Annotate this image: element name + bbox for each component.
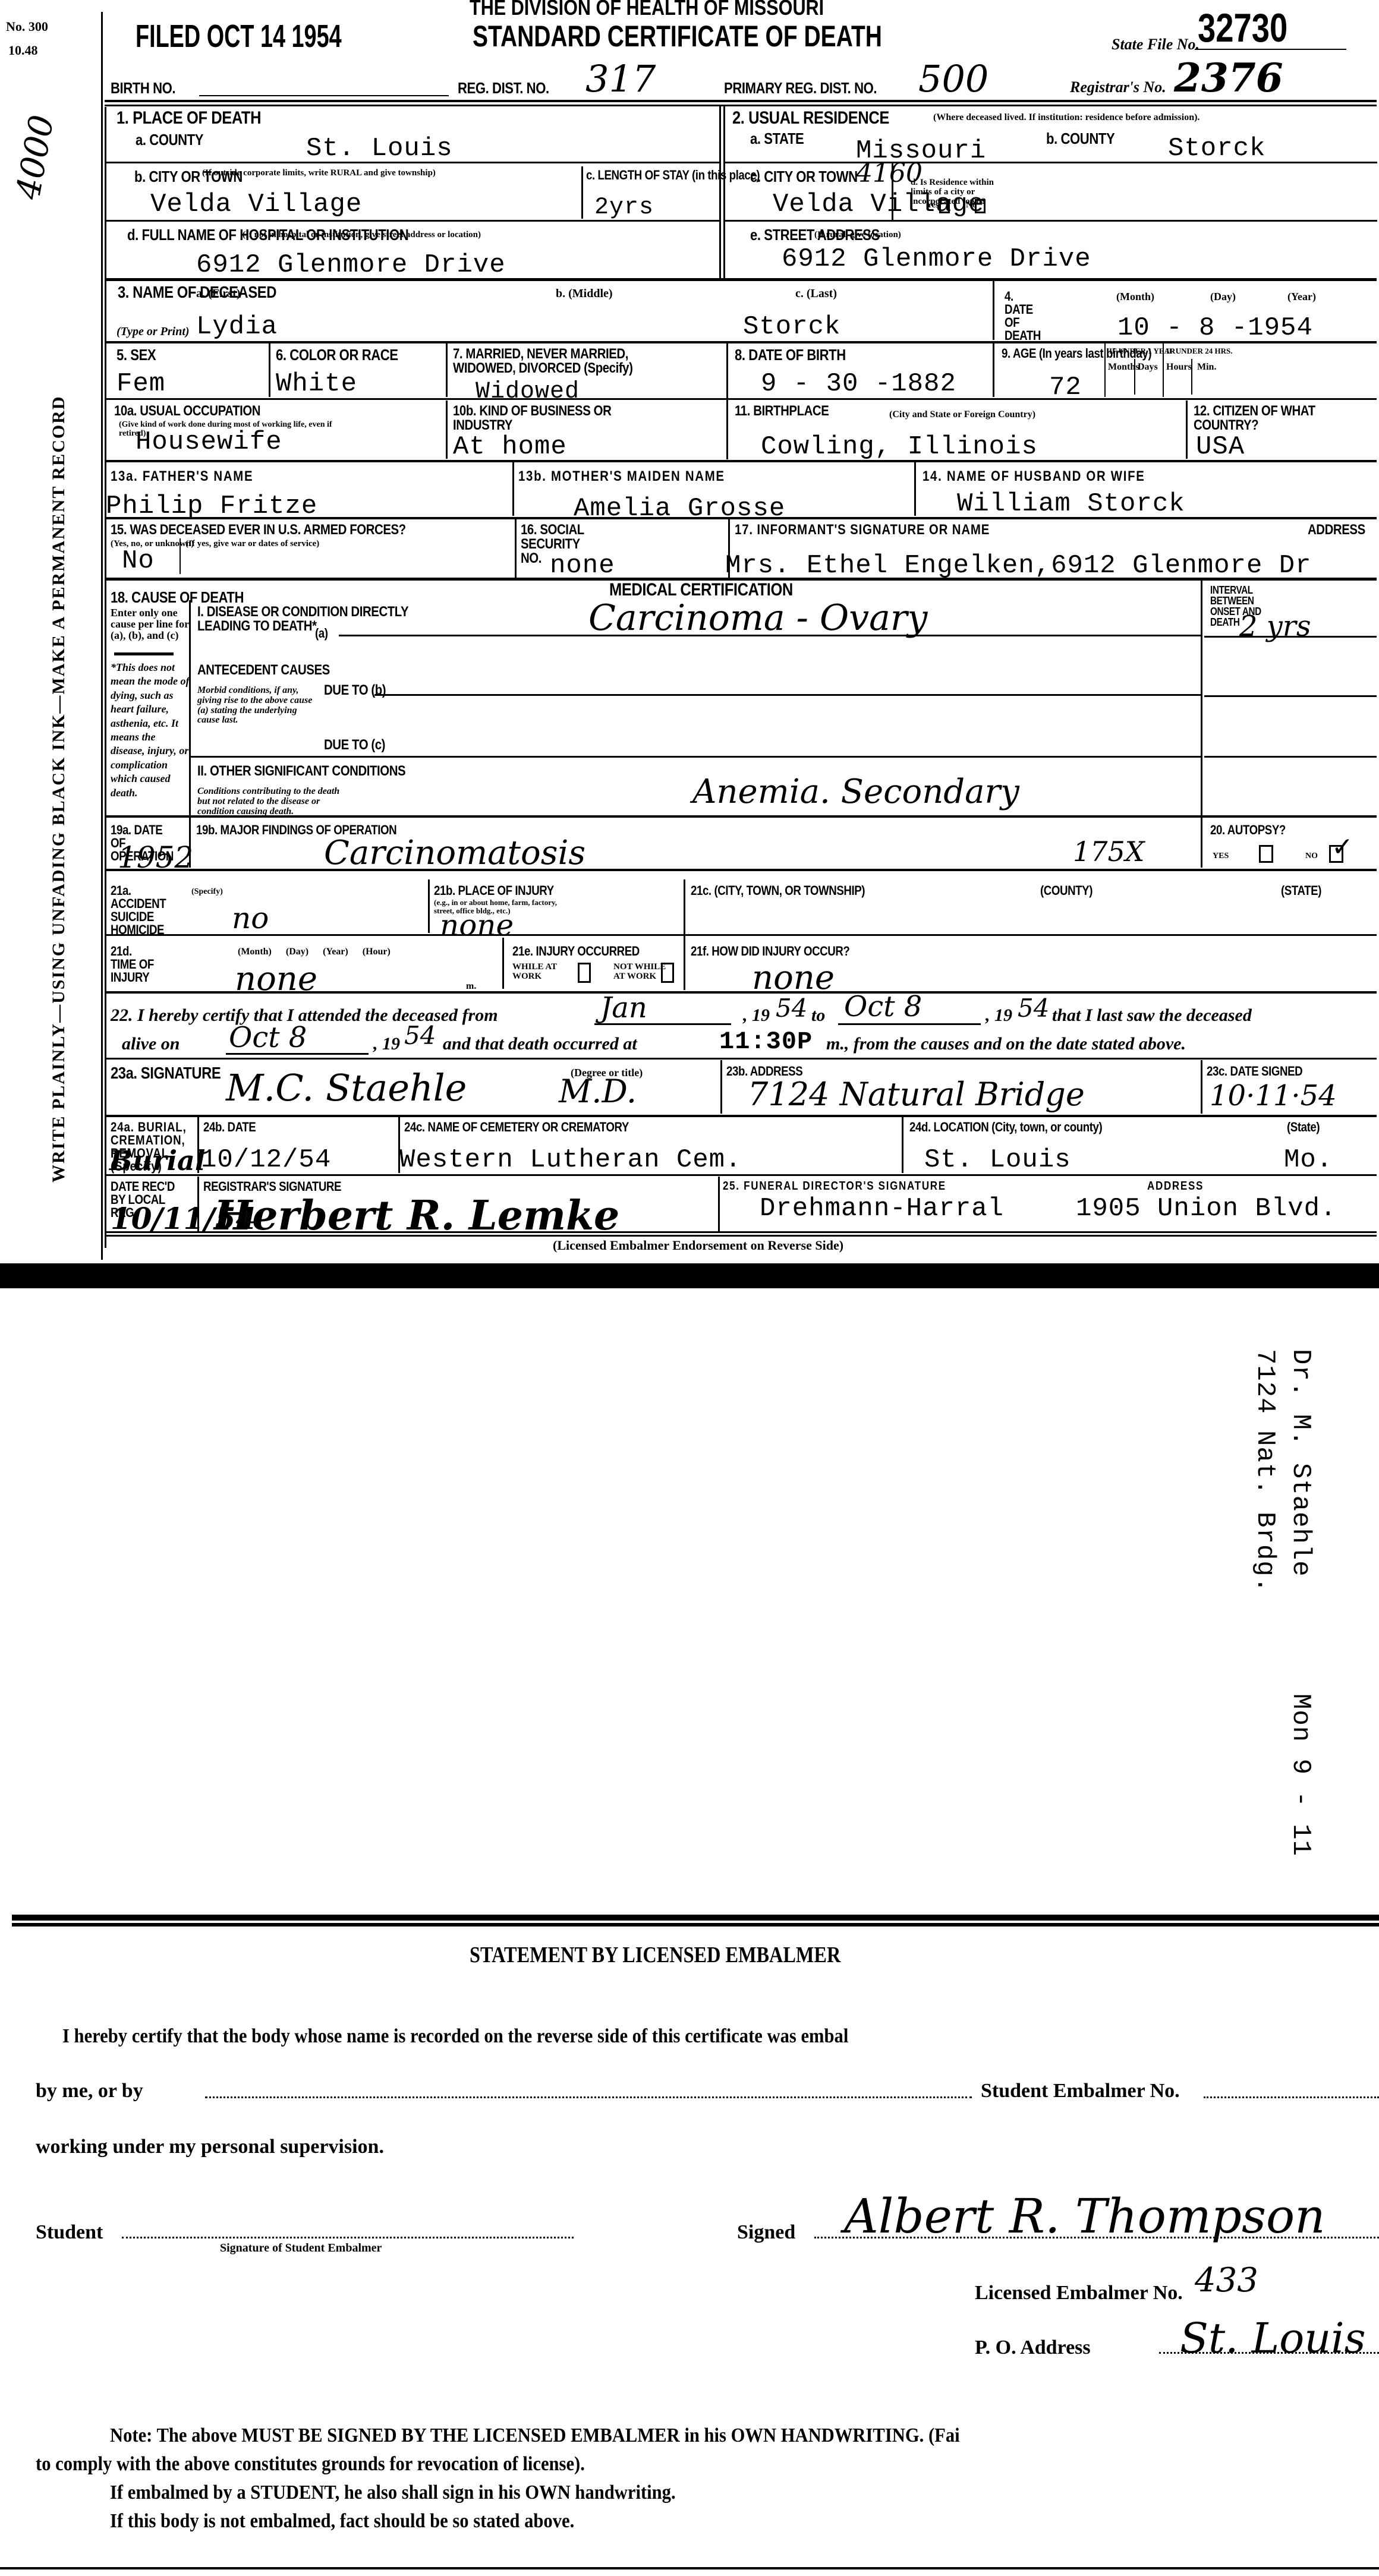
- marital-value: Widowed: [476, 380, 580, 404]
- burial-state-value: Mo.: [1284, 1147, 1333, 1173]
- pod-city-value: Velda Village: [150, 191, 362, 217]
- occupation-label: 10a. USUAL OCCUPATION: [114, 404, 260, 418]
- antecedent-note: Morbid conditions, if any, giving rise t…: [197, 686, 316, 726]
- embalmer-note-1: Note: The above MUST BE SIGNED BY THE LI…: [110, 2424, 960, 2447]
- signature-label: 23a. SIGNATURE: [111, 1065, 221, 1082]
- res-county-label: b. COUNTY: [1046, 131, 1114, 146]
- res-no-checkbox[interactable]: [975, 199, 986, 213]
- ssn-value: none: [550, 553, 615, 579]
- by-me-label: by me, or by: [36, 2080, 143, 2102]
- dod-month-label: (Month): [1116, 291, 1154, 302]
- res-yes-label: Yes: [926, 201, 939, 210]
- first-name-label: a. (First): [196, 288, 240, 300]
- mother-label: 13b. MOTHER'S MAIDEN NAME: [518, 469, 725, 484]
- po-address-label: P. O. Address: [975, 2337, 1091, 2359]
- injury-state-label: (STATE): [1281, 884, 1321, 897]
- usual-residence-heading: 2. USUAL RESIDENCE: [732, 109, 889, 127]
- embalmer-signature: Albert R. Thompson: [844, 2193, 1326, 2240]
- physician-degree: M.D.: [559, 1076, 637, 1108]
- due-to-c-label: DUE TO (c): [324, 738, 385, 752]
- accident-value: no: [232, 903, 269, 933]
- father-value: Philip Fritze: [106, 493, 317, 519]
- time-of-injury-columns: (Month) (Day) (Year) (Hour): [238, 947, 391, 957]
- cause-note: *This does not mean the mode of dying, s…: [111, 661, 191, 800]
- certify-text-3: and that death occurred at: [443, 1034, 637, 1054]
- marital-label: 7. MARRIED, NEVER MARRIED, WIDOWED, DIVO…: [453, 347, 665, 376]
- student-name-field[interactable]: [205, 2096, 972, 2098]
- funeral-director-label: 25. FUNERAL DIRECTOR'S SIGNATURE: [723, 1180, 946, 1192]
- embalmer-statement-title: STATEMENT BY LICENSED EMBALMER: [470, 1942, 840, 1968]
- time-of-injury-m: m.: [466, 982, 476, 992]
- usual-residence-note: (Where deceased lived. If institution: r…: [933, 113, 1199, 123]
- license-no-label: Licensed Embalmer No.: [975, 2282, 1183, 2304]
- res-state-label: a. STATE: [750, 131, 804, 146]
- occupation-value: Housewife: [136, 429, 282, 455]
- injury-county-label: (COUNTY): [1040, 884, 1093, 897]
- reg-dist-number: 317: [585, 61, 656, 97]
- embalmer-paragraph: I hereby certify that the body whose nam…: [62, 2025, 848, 2048]
- dod-year-label: (Year): [1287, 291, 1316, 302]
- antecedent-label: ANTECEDENT CAUSES: [197, 663, 330, 677]
- embalmer-note-4: If this body is not embalmed, fact shoul…: [110, 2510, 574, 2533]
- dob-value: 9 - 30 -1882: [761, 371, 956, 397]
- primary-reg-dist-label: PRIMARY REG. DIST. NO.: [724, 80, 877, 96]
- burial-location-value: St. Louis: [924, 1147, 1071, 1173]
- cause-instructions: Enter only one cause per line for (a), (…: [111, 607, 191, 641]
- birthplace-label: 11. BIRTHPLACE: [735, 404, 829, 418]
- registrar-number: 2376: [1174, 58, 1283, 97]
- embalmer-endorsement-note: (Licensed Embalmer Endorsement on Revers…: [553, 1238, 843, 1252]
- time-of-injury-label: 21d. TIME OF INJURY: [111, 945, 156, 984]
- accident-label: 21a. ACCIDENT SUICIDE HOMICIDE: [111, 884, 181, 937]
- physician-address: 7124 Natural Bridge: [748, 1079, 1085, 1111]
- burial-date-value: 10/12/54: [201, 1147, 331, 1173]
- autopsy-yes-checkbox[interactable]: [1259, 845, 1273, 863]
- side-note-line-2: 7124 Nat. Brdg.: [1252, 1349, 1278, 1593]
- funeral-director-value: Drehmann-Harral: [760, 1196, 1004, 1222]
- funeral-address-value: 1905 Union Blvd.: [1076, 1196, 1336, 1222]
- burial-date-label: 24b. DATE: [203, 1121, 256, 1134]
- place-of-death-heading: 1. PLACE OF DEATH: [117, 109, 261, 127]
- while-at-work-checkbox[interactable]: [578, 963, 591, 983]
- armed-forces-label: 15. WAS DECEASED EVER IN U.S. ARMED FORC…: [111, 523, 406, 537]
- pod-county-value: St. Louis: [306, 135, 453, 162]
- spouse-value: William Storck: [957, 491, 1185, 517]
- certify-text-2: that I last saw the deceased: [1052, 1005, 1252, 1026]
- res-city-label: c. CITY OR TOWN: [750, 169, 858, 184]
- autopsy-no-label: NO: [1305, 852, 1318, 861]
- hours-label: Hours: [1166, 362, 1192, 373]
- res-street-note: (If rural, give location): [814, 231, 901, 240]
- embalmer-note-3: If embalmed by a STUDENT, he also shall …: [110, 2482, 676, 2504]
- how-injury-label: 21f. HOW DID INJURY OCCUR?: [691, 945, 849, 958]
- student-label: Student: [36, 2221, 103, 2244]
- sex-value: Fem: [117, 371, 165, 397]
- margin-handwritten-number: 4000: [12, 113, 59, 202]
- cause-line-a: Carcinoma - Ovary: [588, 600, 927, 636]
- pod-hospital-note: (If not in hospital or institution, give…: [243, 231, 481, 240]
- pod-city-note: (If outside corporate limits, write RURA…: [202, 169, 436, 178]
- not-while-at-work-checkbox[interactable]: [661, 963, 674, 983]
- cemetery-label: 24c. NAME OF CEMETERY OR CREMATORY: [404, 1121, 629, 1134]
- other-conditions-note: Conditions contributing to the death but…: [197, 787, 352, 816]
- registrar-signature-label: REGISTRAR'S SIGNATURE: [203, 1180, 341, 1193]
- cause-of-death-label: 18. CAUSE OF DEATH: [111, 589, 244, 605]
- primary-reg-dist-number: 500: [918, 61, 988, 97]
- burial-state-label: (State): [1287, 1121, 1320, 1134]
- disease-label: I. DISEASE OR CONDITION DIRECTLY LEADING…: [197, 605, 415, 633]
- pod-stay-value: 2yrs: [594, 196, 654, 220]
- informant-address-label: ADDRESS: [1308, 523, 1365, 537]
- student-embalmer-no-field[interactable]: [1204, 2096, 1379, 2098]
- side-note-line-3: Mon 9 - 11: [1287, 1694, 1314, 1856]
- medical-certification-heading: MEDICAL CERTIFICATION: [609, 581, 793, 599]
- informant-value: Mrs. Ethel Engelken,6912 Glenmore Dr: [725, 553, 1312, 579]
- birth-no-label: BIRTH NO.: [111, 80, 175, 96]
- agency-name: THE DIVISION OF HEALTH OF MISSOURI: [470, 0, 824, 20]
- place-of-injury-label: 21b. PLACE OF INJURY: [434, 884, 554, 897]
- operation-date-value: 1952: [118, 843, 193, 872]
- under-1-year-label: IF UNDER 1 YEAR: [1109, 347, 1175, 355]
- citizen-label: 12. CITIZEN OF WHAT COUNTRY?: [1194, 404, 1345, 433]
- student-signature-caption: Signature of Student Embalmer: [220, 2241, 382, 2255]
- funeral-address-label: ADDRESS: [1147, 1180, 1204, 1192]
- res-yes-checkbox[interactable]: [939, 199, 950, 213]
- race-value: White: [276, 371, 357, 397]
- res-street-value: 6912 Glenmore Drive: [782, 246, 1091, 272]
- name-note: (Type or Print): [117, 326, 190, 338]
- while-at-work-label: WHILE AT WORK: [512, 963, 569, 982]
- attended-from: Jan: [600, 994, 647, 1022]
- burial-value: Burial: [109, 1147, 205, 1174]
- date-signed-value: 10·11·54: [1210, 1082, 1337, 1110]
- under-24-hrs-label: IF UNDER 24 HRS.: [1166, 347, 1232, 355]
- alive-on-label: alive on: [122, 1034, 180, 1054]
- injury-occurred-label: 21e. INJURY OCCURRED: [512, 945, 640, 958]
- injury-location-label: 21c. (CITY, TOWN, OR TOWNSHIP): [691, 884, 865, 897]
- birth-no-field: [199, 95, 449, 96]
- res-county-value: Storck: [1168, 135, 1265, 162]
- page-title: STANDARD CERTIFICATE OF DEATH: [473, 19, 882, 53]
- student-signature-field[interactable]: [122, 2237, 574, 2238]
- business-label: 10b. KIND OF BUSINESS OR INDUSTRY: [453, 404, 670, 433]
- date-signed-label: 23c. DATE SIGNED: [1207, 1065, 1302, 1078]
- pod-county-label: a. COUNTY: [136, 132, 203, 147]
- alive-on-year: 54: [404, 1023, 436, 1048]
- filed-stamp: FILED OCT 14 1954: [136, 18, 342, 55]
- min-label: Min.: [1197, 362, 1216, 373]
- attended-from-year: 54: [776, 996, 807, 1021]
- citizen-value: USA: [1196, 434, 1245, 460]
- accident-specify-label: (Specify): [191, 888, 223, 897]
- armed-forces-note-2: (If yes, give war or dates of service): [185, 540, 319, 549]
- informant-label: 17. INFORMANT'S SIGNATURE OR NAME: [735, 523, 990, 537]
- certify-to-label: to: [811, 1005, 825, 1026]
- embalmer-note-2: to comply with the above constitutes gro…: [36, 2453, 585, 2476]
- state-file-label: State File No.: [1112, 36, 1199, 53]
- certify-text-4: m., from the causes and on the date stat…: [826, 1034, 1186, 1054]
- supervision-text: working under my personal supervision.: [36, 2136, 384, 2158]
- father-label: 13a. FATHER'S NAME: [111, 469, 253, 484]
- dob-label: 8. DATE OF BIRTH: [735, 347, 846, 362]
- registrar-no-label: Registrar's No.: [1070, 78, 1166, 96]
- last-name-label: c. (Last): [795, 288, 837, 300]
- pod-stay-label: c. LENGTH OF STAY (in this place): [586, 169, 760, 182]
- pod-hospital-value: 6912 Glenmore Drive: [196, 252, 506, 278]
- side-note-line-1: Dr. M. Staehle: [1287, 1349, 1314, 1577]
- birthplace-note: (City and State or Foreign Country): [889, 410, 1035, 420]
- attended-to: Oct 8: [844, 992, 922, 1021]
- student-embalmer-no-label: Student Embalmer No.: [981, 2080, 1180, 2102]
- cemetery-value: Western Lutheran Cem.: [399, 1147, 742, 1173]
- spouse-label: 14. NAME OF HUSBAND OR WIFE: [923, 469, 1145, 484]
- sex-label: 5. SEX: [117, 347, 156, 362]
- death-time: 11:30P: [719, 1029, 813, 1054]
- signed-label: Signed: [737, 2221, 795, 2244]
- line-a-label: (a): [315, 627, 328, 640]
- date-of-death-value: 10 - 8 -1954: [1117, 315, 1313, 341]
- registrar-signature: Herbert R. Lemke: [214, 1196, 619, 1236]
- armed-forces-value: No: [122, 548, 155, 574]
- first-name-value: Lydia: [196, 314, 278, 340]
- how-injury-value: none: [752, 961, 835, 995]
- state-file-number: 32730: [1198, 5, 1287, 51]
- attended-to-year: 54: [1018, 996, 1049, 1021]
- date-of-death-label: 4. DATE OF DEATH: [1005, 290, 1035, 342]
- autopsy-label: 20. AUTOPSY?: [1210, 824, 1286, 837]
- dod-day-label: (Day): [1210, 291, 1236, 302]
- operation-annotation: 175X: [1073, 838, 1145, 865]
- middle-name-label: b. (Middle): [556, 288, 613, 300]
- page-separator-band: [0, 1263, 1379, 1288]
- reg-dist-label: REG. DIST. NO.: [458, 80, 549, 96]
- form-revision: 10.48: [8, 43, 38, 58]
- race-label: 6. COLOR OR RACE: [276, 347, 398, 362]
- autopsy-yes-label: YES: [1213, 852, 1229, 861]
- burial-location-label: 24d. LOCATION (City, town, or county): [909, 1121, 1102, 1134]
- other-conditions-value: Anemia. Secondary: [692, 775, 1019, 809]
- form-left-border: [101, 12, 103, 1260]
- days-label: Days: [1138, 362, 1158, 373]
- form-number: No. 300: [6, 19, 48, 34]
- last-name-value: Storck: [743, 314, 840, 340]
- other-conditions-label: II. OTHER SIGNIFICANT CONDITIONS: [197, 764, 405, 778]
- birthplace-value: Cowling, Illinois: [761, 434, 1038, 460]
- po-address-value: St. Louis: [1180, 2318, 1366, 2359]
- autopsy-no-checkmark-icon: ✓: [1331, 832, 1353, 862]
- operation-findings-value: Carcinomatosis: [324, 837, 585, 870]
- side-instruction: WRITE PLAINLY—USING UNFADING BLACK INK—M…: [49, 396, 69, 1183]
- age-value: 72: [1049, 374, 1082, 401]
- business-value: At home: [453, 434, 567, 460]
- physician-signature: M.C. Staehle: [226, 1070, 467, 1106]
- res-within-limits-label: d. Is Residence within limits of a city …: [911, 178, 1003, 206]
- license-no-value: 433: [1195, 2264, 1258, 2297]
- alive-on-value: Oct 8: [229, 1023, 307, 1052]
